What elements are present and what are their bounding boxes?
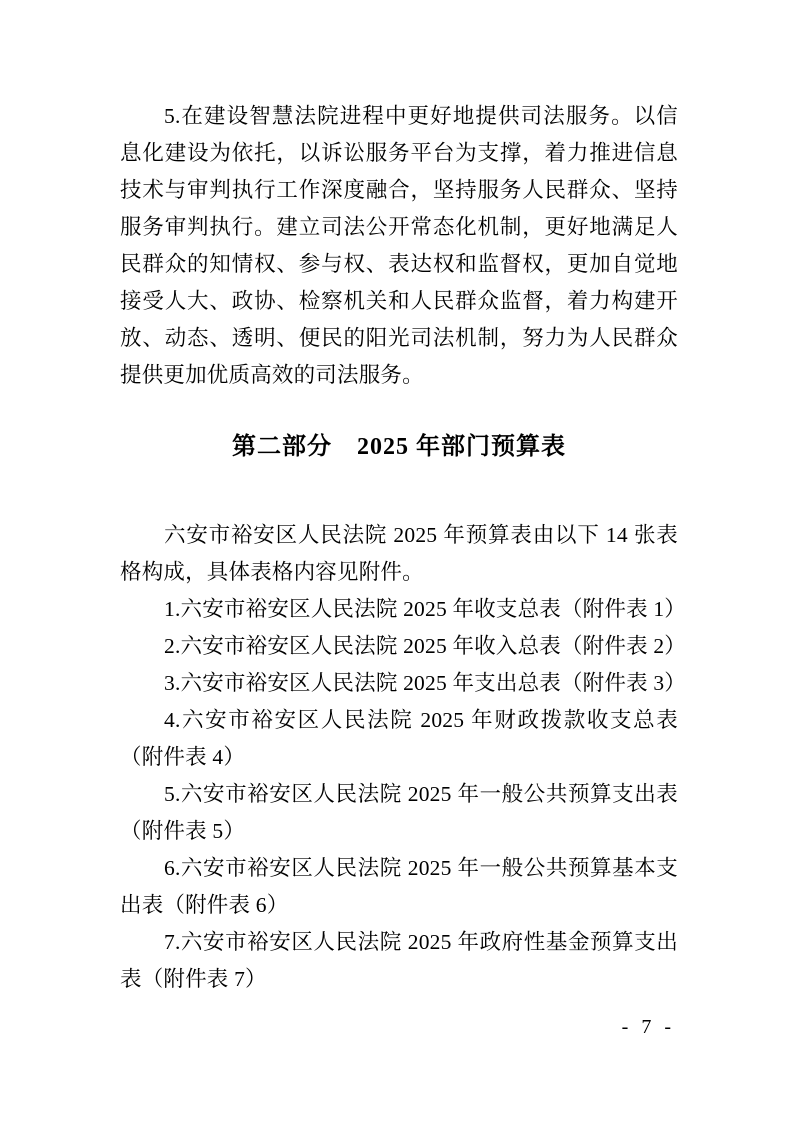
document-page: 5.在建设智慧法院进程中更好地提供司法服务。以信息化建设为依托，以诉讼服务平台为… [0, 0, 793, 1122]
page-content: 5.在建设智慧法院进程中更好地提供司法服务。以信息化建设为依托，以诉讼服务平台为… [120, 98, 678, 998]
paragraph-smart-court-services: 5.在建设智慧法院进程中更好地提供司法服务。以信息化建设为依托，以诉讼服务平台为… [120, 98, 678, 394]
list-item-table-2: 2.六安市裕安区人民法院 2025 年收入总表（附件表 2） [120, 628, 678, 665]
section-heading-part-two: 第二部分 2025 年部门预算表 [120, 427, 678, 467]
list-item-table-6: 6.六安市裕安区人民法院 2025 年一般公共预算基本支出表（附件表 6） [120, 850, 678, 924]
paragraph-budget-tables-intro: 六安市裕安区人民法院 2025 年预算表由以下 14 张表格构成，具体表格内容见… [120, 517, 678, 591]
list-item-table-7: 7.六安市裕安区人民法院 2025 年政府性基金预算支出表（附件表 7） [120, 924, 678, 998]
list-item-table-5: 5.六安市裕安区人民法院 2025 年一般公共预算支出表（附件表 5） [120, 776, 678, 850]
page-number: - 7 - [622, 1012, 675, 1042]
list-item-table-4: 4.六安市裕安区人民法院 2025 年财政拨款收支总表（附件表 4） [120, 702, 678, 776]
list-item-table-1: 1.六安市裕安区人民法院 2025 年收支总表（附件表 1） [120, 591, 678, 628]
list-item-table-3: 3.六安市裕安区人民法院 2025 年支出总表（附件表 3） [120, 665, 678, 702]
